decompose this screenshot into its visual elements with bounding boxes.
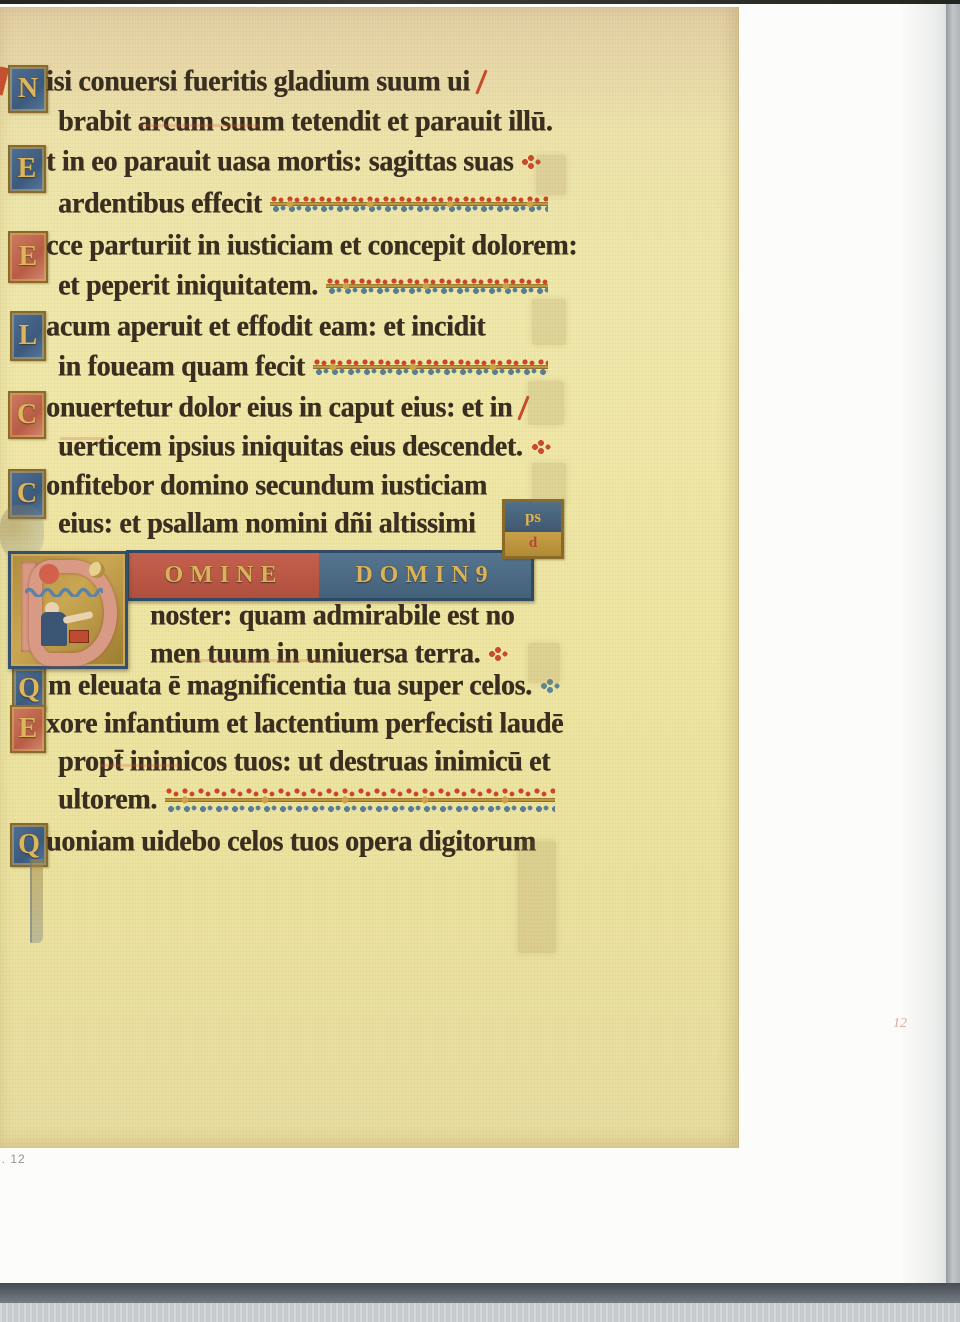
- red-tick-icon: [475, 69, 488, 94]
- psalm-text: xore infantium et lactentium perfecisti …: [46, 707, 563, 741]
- psalm-line: ultorem.: [58, 783, 555, 817]
- line-filler-ornament: [165, 787, 555, 813]
- versal-letter: Q: [18, 829, 40, 861]
- oxidized-silver-ornament: [532, 463, 566, 503]
- line-filler-ornament: [326, 277, 548, 295]
- title-bar-red-panel: OMINE: [129, 553, 319, 598]
- sun-icon: [39, 564, 59, 584]
- scanner-bottom-edge: [0, 1303, 960, 1322]
- psalm-line: eius: et psallam nomini dñi altissimi: [58, 507, 476, 541]
- psalm-line: et peperit iniquitatem.: [58, 269, 548, 303]
- initial-descender-ornament: [30, 859, 43, 943]
- versal-letter: E: [18, 153, 37, 185]
- wave-ornament: [25, 584, 103, 602]
- psalm-line: uoniam uidebo celos tuos opera digitorum: [46, 825, 536, 859]
- psalm-text: acum aperuit et effodit eam: et incidit: [46, 310, 485, 344]
- psalm-line: acum aperuit et effodit eam: et incidit: [46, 310, 485, 344]
- oxidized-silver-ornament: [528, 381, 564, 425]
- oxidized-silver-ornament: [532, 299, 566, 345]
- red-flower-icon: [531, 439, 553, 455]
- versal-letter: E: [19, 713, 38, 745]
- versal-letter: N: [18, 73, 38, 105]
- psalm-line: m eleuata ē magnificentia tua super celo…: [48, 669, 562, 703]
- psalm-line: men tuum in uniuersa terra.: [150, 637, 510, 671]
- title-bar-text: OMINE: [165, 562, 284, 589]
- panel-bottom-glyph: d: [505, 532, 561, 556]
- psalm-line: isi conuersi fueritis gladium suum ui: [46, 65, 483, 99]
- psalm-text: brabit arcum suum tetendit et parauit il…: [58, 105, 552, 139]
- psalm-text: cce parturiit in iusticiam et concepit d…: [46, 229, 577, 263]
- title-bar-text: DOMIN9: [355, 562, 494, 589]
- oxidized-silver-ornament: [528, 643, 560, 683]
- plate-caption: n. 12: [0, 1152, 26, 1166]
- psalm-line: brabit arcum suum tetendit et parauit il…: [58, 105, 552, 139]
- red-offset-smudge: [140, 124, 260, 127]
- psalm-line: onuertetur dolor eius in caput eius: et …: [46, 391, 525, 425]
- panel-top-glyphs: ps: [505, 502, 561, 532]
- psalm-text: et peperit iniquitatem.: [58, 269, 318, 303]
- psalm-text: ultorem.: [58, 783, 157, 817]
- versal-letter: Q: [18, 673, 40, 705]
- red-flower-icon: [488, 646, 510, 662]
- red-offset-smudge: [60, 437, 106, 440]
- pencil-folio-number: 12: [893, 1016, 907, 1032]
- psalm-text: t in eo parauit uasa mortis: sagittas su…: [46, 145, 513, 179]
- psalm-line: xore infantium et lactentium perfecisti …: [46, 707, 563, 741]
- psalm-line: cce parturiit in iusticiam et concepit d…: [46, 229, 577, 263]
- oxidized-silver-cadel: [518, 841, 556, 953]
- psalm-text: propt̄ inimicos tuos: ut destruas inimic…: [58, 745, 550, 779]
- line-filler-ornament: [270, 195, 548, 213]
- psalm-line: propt̄ inimicos tuos: ut destruas inimic…: [58, 745, 550, 779]
- scanner-right-edge: [944, 4, 960, 1284]
- versal-letter: E: [19, 241, 38, 273]
- manuscript-plate: N E E L C C Q E Q isi conuersi fueritis …: [0, 7, 739, 1148]
- historiated-initial-d: [8, 551, 128, 669]
- psalm-line: onfitebor domino secundum iusticiam: [46, 469, 487, 503]
- psalm-line: t in eo parauit uasa mortis: sagittas su…: [46, 145, 543, 179]
- figure-book: [69, 630, 89, 643]
- moon-icon: [89, 562, 105, 578]
- book-fore-edge-shadow: [0, 1283, 960, 1303]
- versal-initial: N: [8, 65, 48, 113]
- versal-initial: E: [8, 145, 46, 193]
- psalm-text: onuertetur dolor eius in caput eius: et …: [46, 391, 512, 425]
- psalm-line: ardentibus effecit: [58, 187, 548, 221]
- red-offset-smudge: [180, 659, 330, 662]
- psalm-text: eius: et psallam nomini dñi altissimi: [58, 507, 476, 541]
- psalm-line: uerticem ipsius iniquitas eius descendet…: [58, 430, 553, 464]
- illuminated-title-bar: OMINE DOMIN9: [126, 550, 534, 601]
- psalm-line: noster: quam admirabile est no: [150, 599, 514, 633]
- versal-letter: C: [17, 399, 37, 431]
- psalm-text: noster: quam admirabile est no: [150, 599, 514, 633]
- versal-initial: C: [8, 391, 46, 439]
- versal-initial: L: [10, 311, 46, 361]
- psalm-text: onfitebor domino secundum iusticiam: [46, 469, 487, 503]
- title-bar-blue-panel: DOMIN9: [319, 553, 531, 598]
- red-offset-smudge: [100, 764, 180, 767]
- oxidized-silver-ornament: [536, 155, 566, 195]
- psalm-text: in foueam quam fecit: [58, 350, 305, 384]
- versal-letter: L: [19, 320, 38, 352]
- line-end-ornament-panel: ps d: [502, 499, 564, 559]
- psalm-text: m eleuata ē magnificentia tua super celo…: [48, 669, 532, 703]
- psalm-text: uerticem ipsius iniquitas eius descendet…: [58, 430, 523, 464]
- psalm-text: uoniam uidebo celos tuos opera digitorum: [46, 825, 536, 859]
- psalm-text: men tuum in uniuersa terra.: [150, 637, 480, 671]
- versal-initial: E: [8, 231, 48, 283]
- psalm-text: isi conuersi fueritis gladium suum ui: [46, 65, 470, 99]
- versal-initial: E: [10, 705, 46, 753]
- line-filler-ornament: [313, 358, 548, 376]
- psalm-text: ardentibus effecit: [58, 187, 262, 221]
- psalm-line: in foueam quam fecit: [58, 350, 548, 384]
